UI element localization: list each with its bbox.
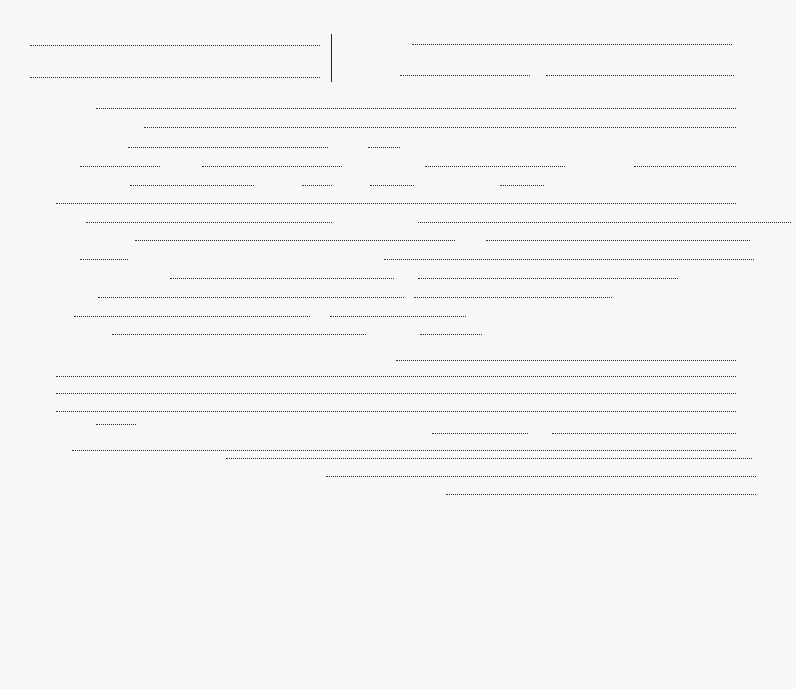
venue-district [30, 68, 320, 83]
emigrated-from [326, 466, 756, 481]
children-count [420, 325, 482, 340]
race [86, 212, 332, 227]
spouse-name [384, 249, 754, 264]
child-row-2 [56, 378, 736, 394]
sex [80, 157, 160, 172]
height-feet [302, 176, 332, 191]
marriage-date [170, 268, 394, 283]
declaration-number-field [432, 419, 528, 434]
document-page [0, 0, 796, 689]
entry-place [446, 484, 756, 499]
spouse-birthplace [98, 287, 404, 302]
married-value [80, 250, 128, 265]
color [202, 157, 342, 172]
court-at [546, 66, 734, 81]
child-row-1 [56, 361, 736, 377]
eyes [634, 157, 736, 172]
declarant-name [96, 99, 736, 114]
spouse-birth-date [414, 287, 612, 302]
birthplace [135, 230, 455, 245]
declaration-date-field [552, 419, 736, 434]
complexion [425, 157, 565, 172]
nationality [418, 212, 791, 227]
height-inches [370, 176, 414, 191]
court-of [400, 66, 530, 81]
venue-brace [325, 34, 332, 82]
court-value [412, 35, 732, 50]
distinctive-marks [56, 194, 736, 209]
weight [500, 176, 544, 191]
spouse-residence [112, 324, 366, 339]
intention-value [96, 414, 136, 429]
age [368, 138, 400, 153]
occupation [128, 138, 328, 153]
blank-line [56, 397, 736, 412]
venue-country [30, 36, 320, 51]
marriage-place [418, 268, 678, 283]
address [144, 117, 736, 132]
spouse-entry-date [330, 306, 466, 321]
spouse-entry-place [74, 306, 310, 321]
last-residence [226, 448, 752, 463]
hair [130, 176, 254, 191]
birth-date [486, 230, 750, 245]
children-intro-fill [396, 346, 736, 361]
